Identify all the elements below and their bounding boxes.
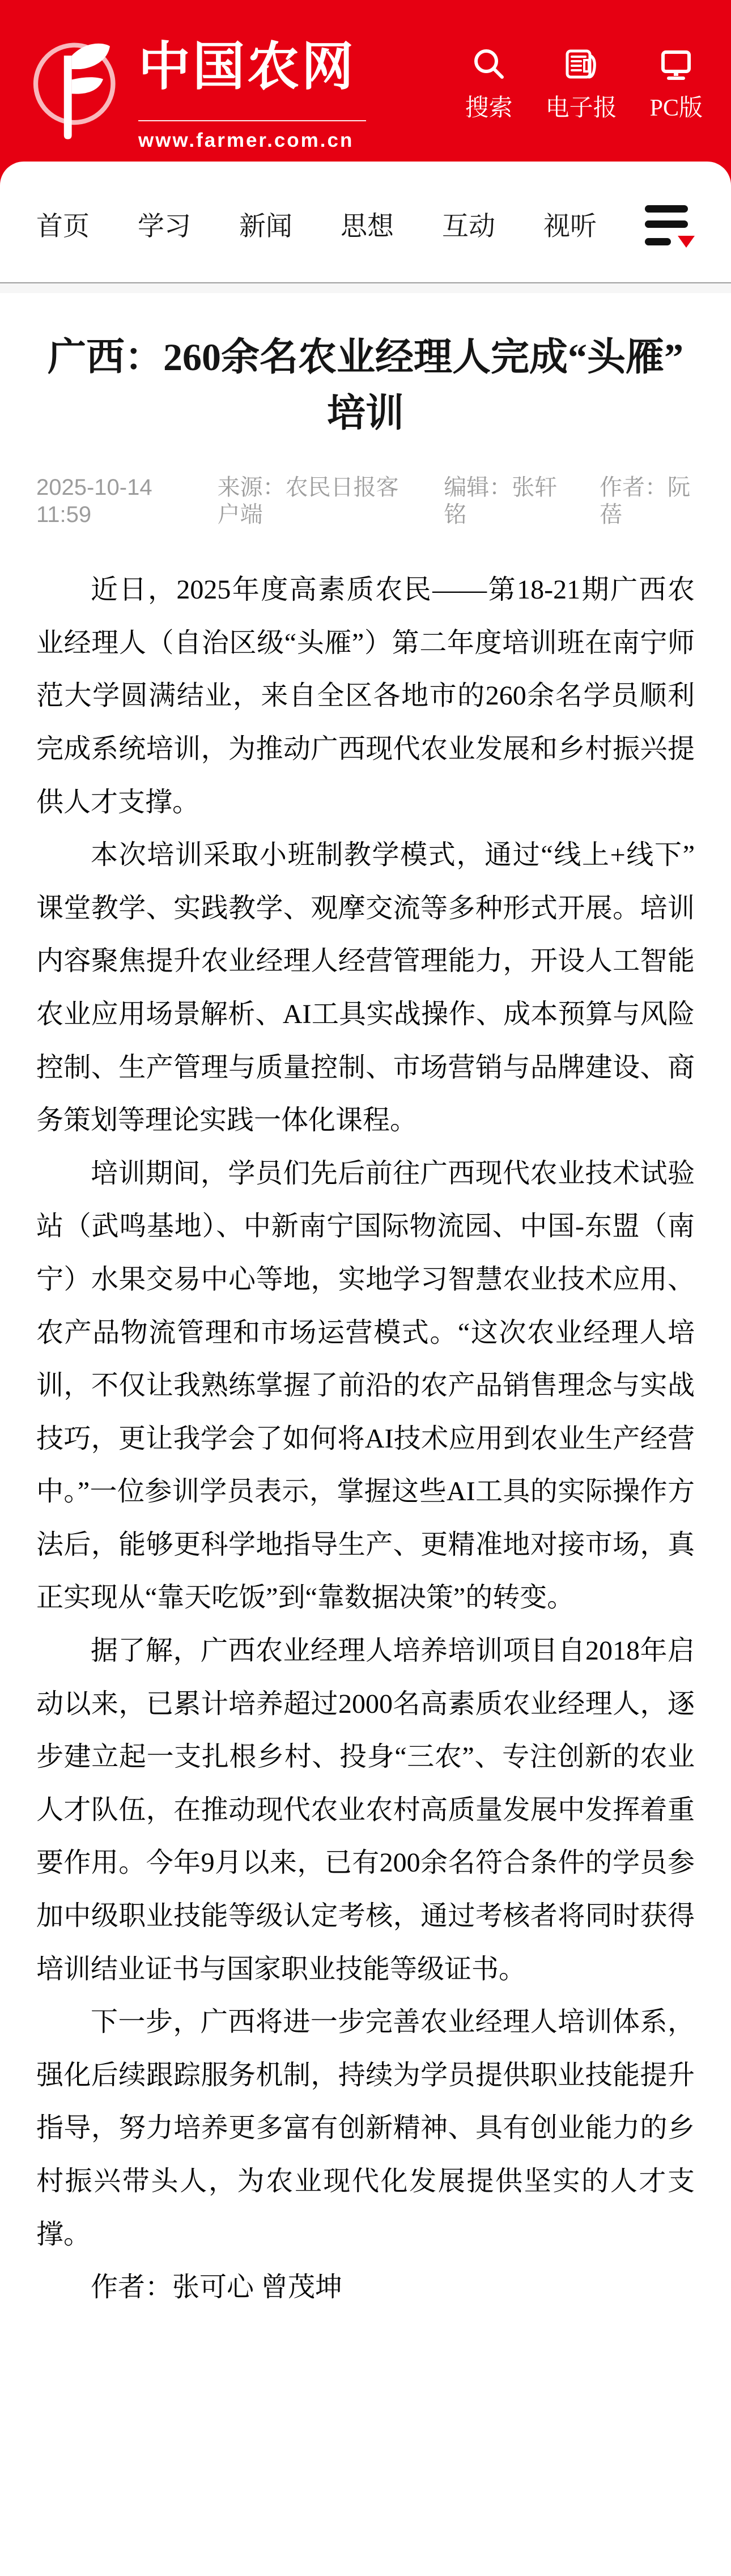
nav-item-interact[interactable]: 互动 [442, 213, 495, 239]
editor-label: 编辑：张轩铭 [444, 474, 566, 528]
brand-name: 中国农网 [138, 41, 366, 93]
author-label: 作者：阮蓓 [600, 474, 695, 528]
brand-logo[interactable]: 中国农网 www.farmer.com.cn [28, 0, 366, 187]
nav-item-study[interactable]: 学习 [138, 213, 191, 239]
author-credit: 作者：张可心 曾茂坤 [36, 2261, 695, 2314]
header-actions: 搜索 电子报 PC版 [465, 0, 703, 187]
search-label: 搜索 [465, 96, 513, 120]
paragraph: 据了解，广西农业经理人培养培训项目自2018年启动以来，已累计培养超过2000名… [36, 1624, 695, 1996]
brand-url: www.farmer.com.cn [138, 130, 366, 150]
paragraph: 下一步，广西将进一步完善农业经理人培训体系，强化后续跟踪服务机制，持续为学员提供… [36, 1996, 695, 2261]
nav-item-av[interactable]: 视听 [543, 213, 597, 239]
nav-item-home[interactable]: 首页 [36, 213, 90, 239]
menu-icon [645, 205, 688, 213]
pc-version-label: PC版 [650, 96, 703, 120]
paragraph: 近日，2025年度高素质农民——第18-21期广西农业经理人（自治区级“头雁”）… [36, 563, 695, 829]
paragraph: 本次培训采取小班制教学模式，通过“线上+线下”课堂教学、实践教学、观摩交流等多种… [36, 829, 695, 1147]
article: 广西：260余名农业经理人完成“头雁”培训 2025-10-14 11:59 来… [0, 329, 731, 2364]
epaper-label: 电子报 [546, 96, 617, 120]
pc-version-icon [658, 46, 694, 82]
chevron-down-icon [678, 236, 695, 248]
primary-nav: 首页 学习 新闻 思想 互动 视听 [0, 162, 731, 283]
menu-button[interactable] [645, 204, 695, 248]
farmer-net-logo-icon [28, 29, 124, 150]
article-title: 广西：260余名农业经理人完成“头雁”培训 [40, 329, 691, 441]
article-body: 近日，2025年度高素质农民——第18-21期广西农业经理人（自治区级“头雁”）… [36, 563, 695, 2314]
nav-item-thought[interactable]: 思想 [341, 213, 394, 239]
section-divider [0, 283, 731, 293]
paragraph: 培训期间，学员们先后前往广西现代农业技术试验站（武鸣基地）、中新南宁国际物流园、… [36, 1147, 695, 1624]
site-header: 中国农网 www.farmer.com.cn 搜索 电子报 [0, 0, 731, 187]
epaper-icon [564, 46, 599, 82]
search-icon [471, 46, 507, 82]
source-label: 来源：农民日报客户端 [218, 474, 410, 528]
brand-text: 中国农网 www.farmer.com.cn [138, 29, 366, 150]
article-meta: 2025-10-14 11:59 来源：农民日报客户端 编辑：张轩铭 作者：阮蓓 [36, 474, 695, 528]
nav-item-news[interactable]: 新闻 [239, 213, 292, 239]
publish-datetime: 2025-10-14 11:59 [36, 474, 184, 528]
brand-divider [138, 120, 366, 121]
